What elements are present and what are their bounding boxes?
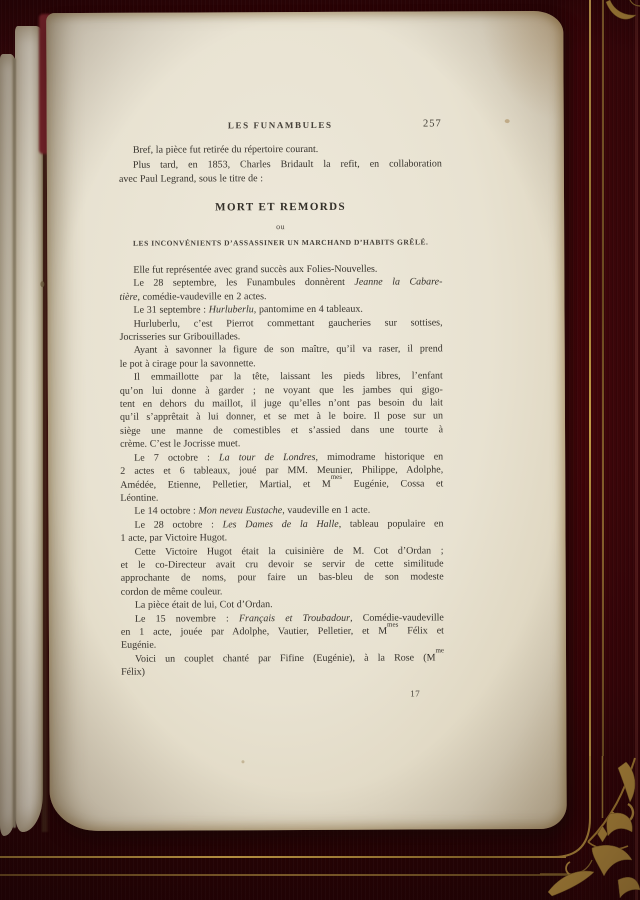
play-subtitle: LES INCONVÉNIENTS D’ASSASSINER UN MARCHA…: [107, 237, 454, 248]
text-line: Le 28 octobre : Les Dames de la Halle, t…: [120, 517, 443, 532]
text-line: Le 14 octobre : Mon neveu Eustache, vaud…: [120, 504, 443, 519]
text-line: crème. C’est le Jocrisse muet.: [120, 437, 443, 452]
text-line: qu’il s’apprêtait à lui donner, et se me…: [120, 410, 443, 425]
running-head: LES FUNAMBULES: [119, 119, 442, 130]
play-title: MORT ET REMORDS: [119, 200, 442, 213]
text-line: avec Paul Legrand, sous le titre de :: [119, 171, 442, 187]
text-line: Plus tard, en 1853, Charles Bridault la …: [119, 157, 442, 173]
gilt-fillet-vertical-inner: [602, 0, 604, 756]
text-line: Elle fut représentée avec grand succès a…: [119, 262, 442, 277]
text-line: 2 actes et 6 tableaux, joué par MM. Meun…: [120, 463, 443, 478]
foxing-speck: [241, 760, 244, 763]
gilt-fillet-horizontal-inner: [0, 874, 580, 876]
text-line: Ayant à savonner la figure de son maître…: [120, 343, 443, 358]
text-line: approchante de noms, pour faire un bas-b…: [121, 571, 444, 586]
gilt-fillet-horizontal-outer: [0, 856, 566, 858]
text-line: le pot à cirage pour la savonnette.: [120, 356, 443, 371]
text-line: tent en dehors du maillot, il juge qu’el…: [120, 396, 443, 411]
text-line: Cette Victoire Hugot était la cuisinière…: [121, 544, 444, 559]
text-line: qu’on lui donne à garder ; ne voyant que…: [120, 383, 443, 398]
gilt-top-ornament-icon: [596, 0, 640, 30]
text-line: Jocrisseries sur Gribouillades.: [120, 329, 443, 344]
text-line: Il emmaillotte par la tête, laissant les…: [120, 370, 443, 385]
page-header: LES FUNAMBULES 257: [119, 119, 442, 134]
title-connector: ou: [119, 221, 442, 231]
text-line: en 1 acte, jouée par Adolphe, Vautier, P…: [121, 624, 444, 639]
text-line: 1 acte, par Victoire Hugot.: [120, 531, 443, 546]
page-crease-line: [13, 58, 16, 828]
text-line: cordon de même couleur.: [121, 584, 444, 599]
text-line: Le 7 octobre : La tour de Londres, mimod…: [120, 450, 443, 465]
text-line: La pièce était de lui, Cot d’Ordan.: [121, 598, 444, 613]
text-line: tière, comédie-vaudeville en 2 actes.: [119, 289, 442, 304]
text-line: Hurluberlu, c’est Pierrot commettant gau…: [120, 316, 443, 331]
text-line: et le co-Directeur avait cru devoir se s…: [121, 557, 444, 572]
foxing-speck: [40, 281, 44, 287]
page-body: Elle fut représentée avec grand succès a…: [119, 262, 444, 679]
text-line: siège une manne de comestibles et s’assi…: [120, 423, 443, 438]
foxing-speck: [505, 119, 510, 123]
text-line: Le 31 septembre : Hurluberlu, pantomime …: [119, 303, 442, 318]
book-page: LES FUNAMBULES 257 Bref, la pièce fut re…: [46, 11, 567, 831]
text-line: Bref, la pièce fut retirée du répertoire…: [119, 142, 442, 158]
signature-mark: 17: [402, 688, 428, 698]
page-number: 257: [423, 118, 442, 129]
text-line: Le 28 septembre, les Funambules donnèren…: [119, 276, 442, 291]
intro-paragraph: Bref, la pièce fut retirée du répertoire…: [119, 142, 442, 187]
text-line: Amédée, Etienne, Pelletier, Martial, et …: [120, 477, 443, 492]
photo-of-open-book: { "book": { "running_head": "LES FUNAMBU…: [0, 0, 640, 900]
text-line: Voici un couplet chanté par Fifine (Eugé…: [121, 651, 444, 666]
text-line: Félix): [121, 665, 444, 680]
gilt-fillet-vertical-outer: [589, 0, 591, 770]
text-line: Eugénie.: [121, 638, 444, 653]
text-line: Léontine.: [120, 490, 443, 505]
